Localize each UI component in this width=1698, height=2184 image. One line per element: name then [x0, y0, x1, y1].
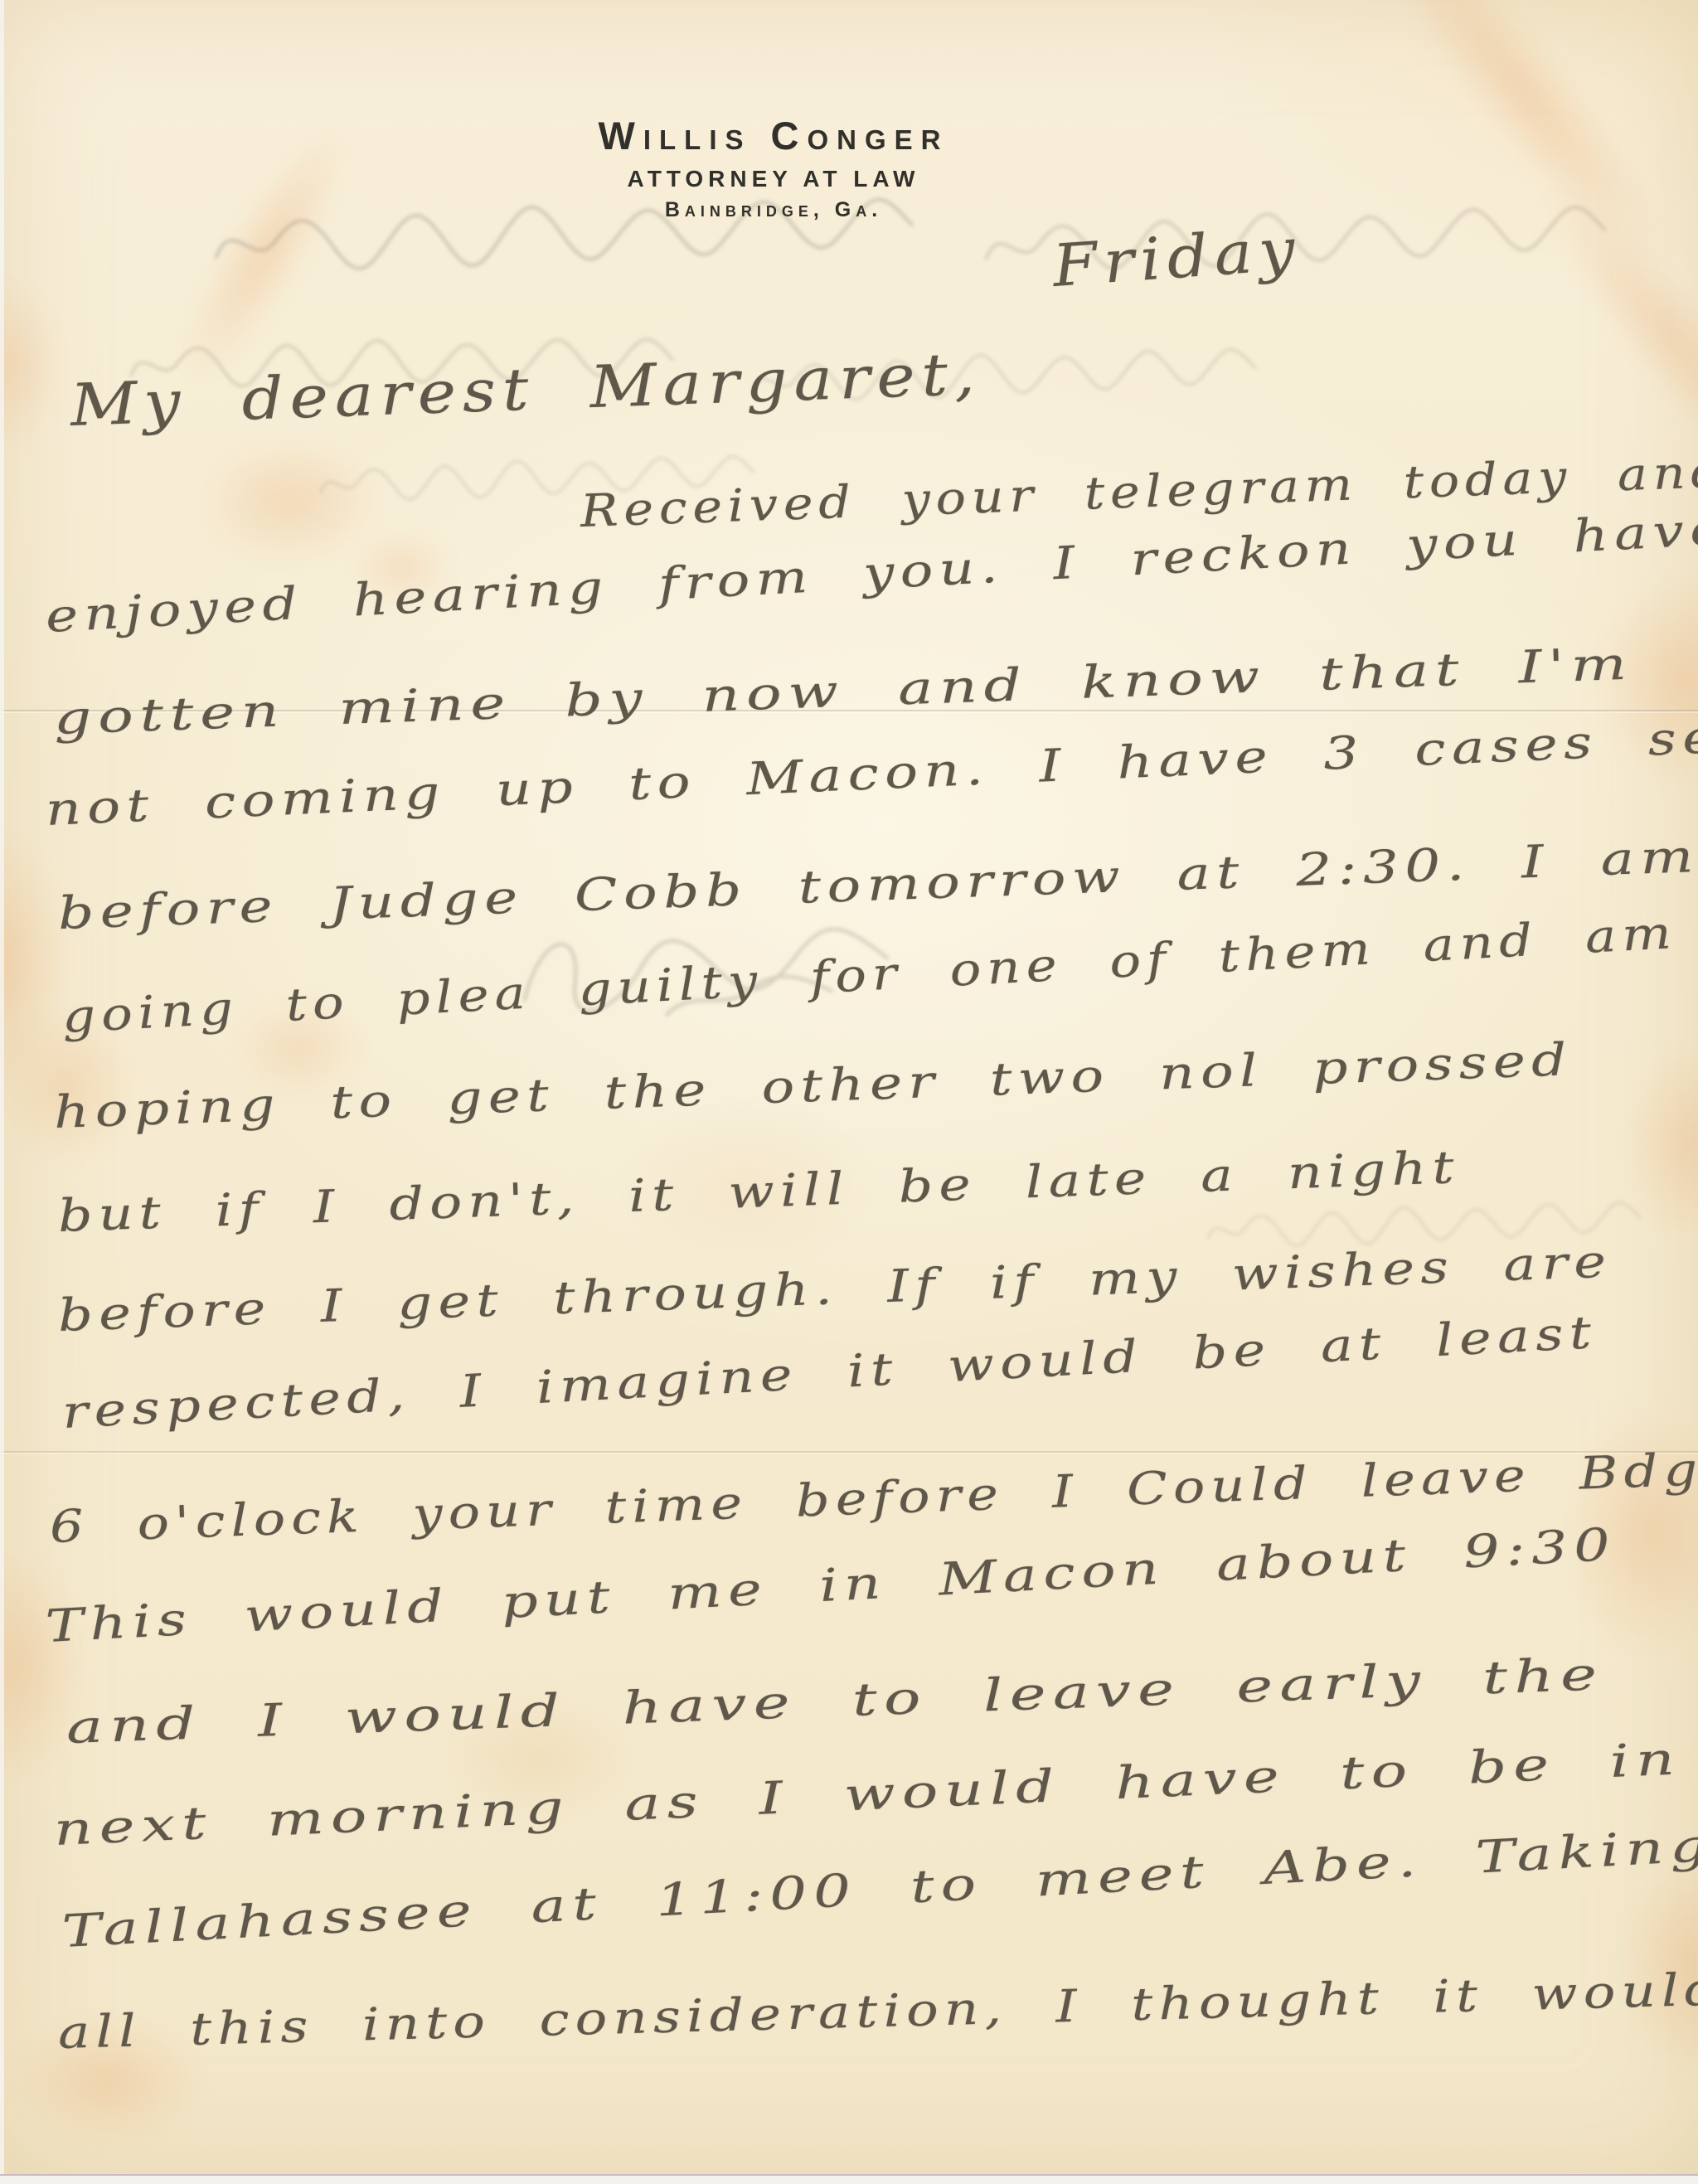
letterhead-name: Willis Conger: [598, 113, 948, 158]
letterhead-location: Bainbridge, Ga.: [598, 198, 948, 222]
scan-edge-bottom: [0, 2174, 1698, 2184]
letterhead-title: ATTORNEY AT LAW: [598, 166, 948, 192]
scan-edge-left: [0, 0, 4, 2184]
scanned-letter-page: Willis Conger ATTORNEY AT LAW Bainbridge…: [0, 0, 1698, 2184]
letterhead: Willis Conger ATTORNEY AT LAW Bainbridge…: [598, 113, 948, 222]
